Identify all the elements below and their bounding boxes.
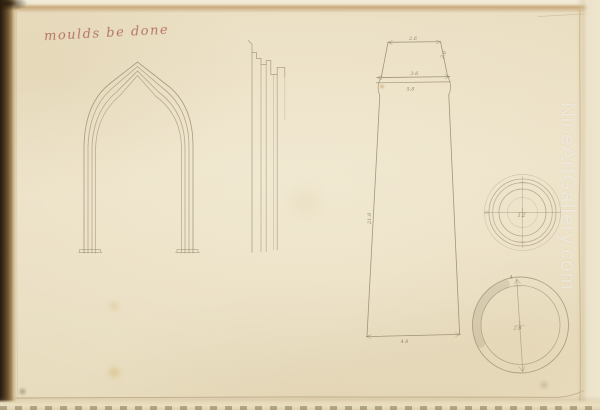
pier-elevation-drawing (366, 40, 460, 339)
binding-stitches (0, 406, 600, 410)
moulding-profile-drawing (249, 41, 285, 253)
pier-shaft (367, 95, 460, 336)
ring-shading (477, 284, 506, 344)
pier-dim-top: 2.6 (408, 36, 418, 42)
pier-dim-collar: 3.6 (411, 71, 420, 77)
pier-dim-side: 21.8 (367, 213, 373, 225)
pier-base-line (366, 334, 460, 336)
pier-dim-neck: 5.8 (407, 87, 415, 93)
plan-small-center-dim: 1.2 (518, 213, 526, 219)
binding-corner (0, 0, 28, 11)
sketchbook-page-scan: 2.6 2.0 3.6 5.8 21.8 4.8 1.2 2.6 4 mould… (0, 0, 600, 410)
page-right-edge (576, 0, 600, 410)
arch-elevation-drawing (79, 62, 200, 253)
arch-base-right (176, 250, 200, 253)
page-top-edge (0, 0, 600, 13)
pier-dim-base: 4.8 (400, 339, 409, 345)
pencil-sketch-layer: 2.6 2.0 3.6 5.8 21.8 4.8 1.2 2.6 4 (0, 0, 600, 410)
watermark-text: NiceArtGallery.com (556, 102, 578, 290)
plan-large-top-dim: 4 (509, 275, 513, 281)
page-edge-lines (16, 6, 593, 404)
plan-large-center-dim: 2.6 (513, 326, 523, 332)
book-binding-edge (0, 0, 17, 410)
pier-dim-slant: 2.0 (439, 49, 448, 60)
arch-base-left (79, 250, 103, 253)
